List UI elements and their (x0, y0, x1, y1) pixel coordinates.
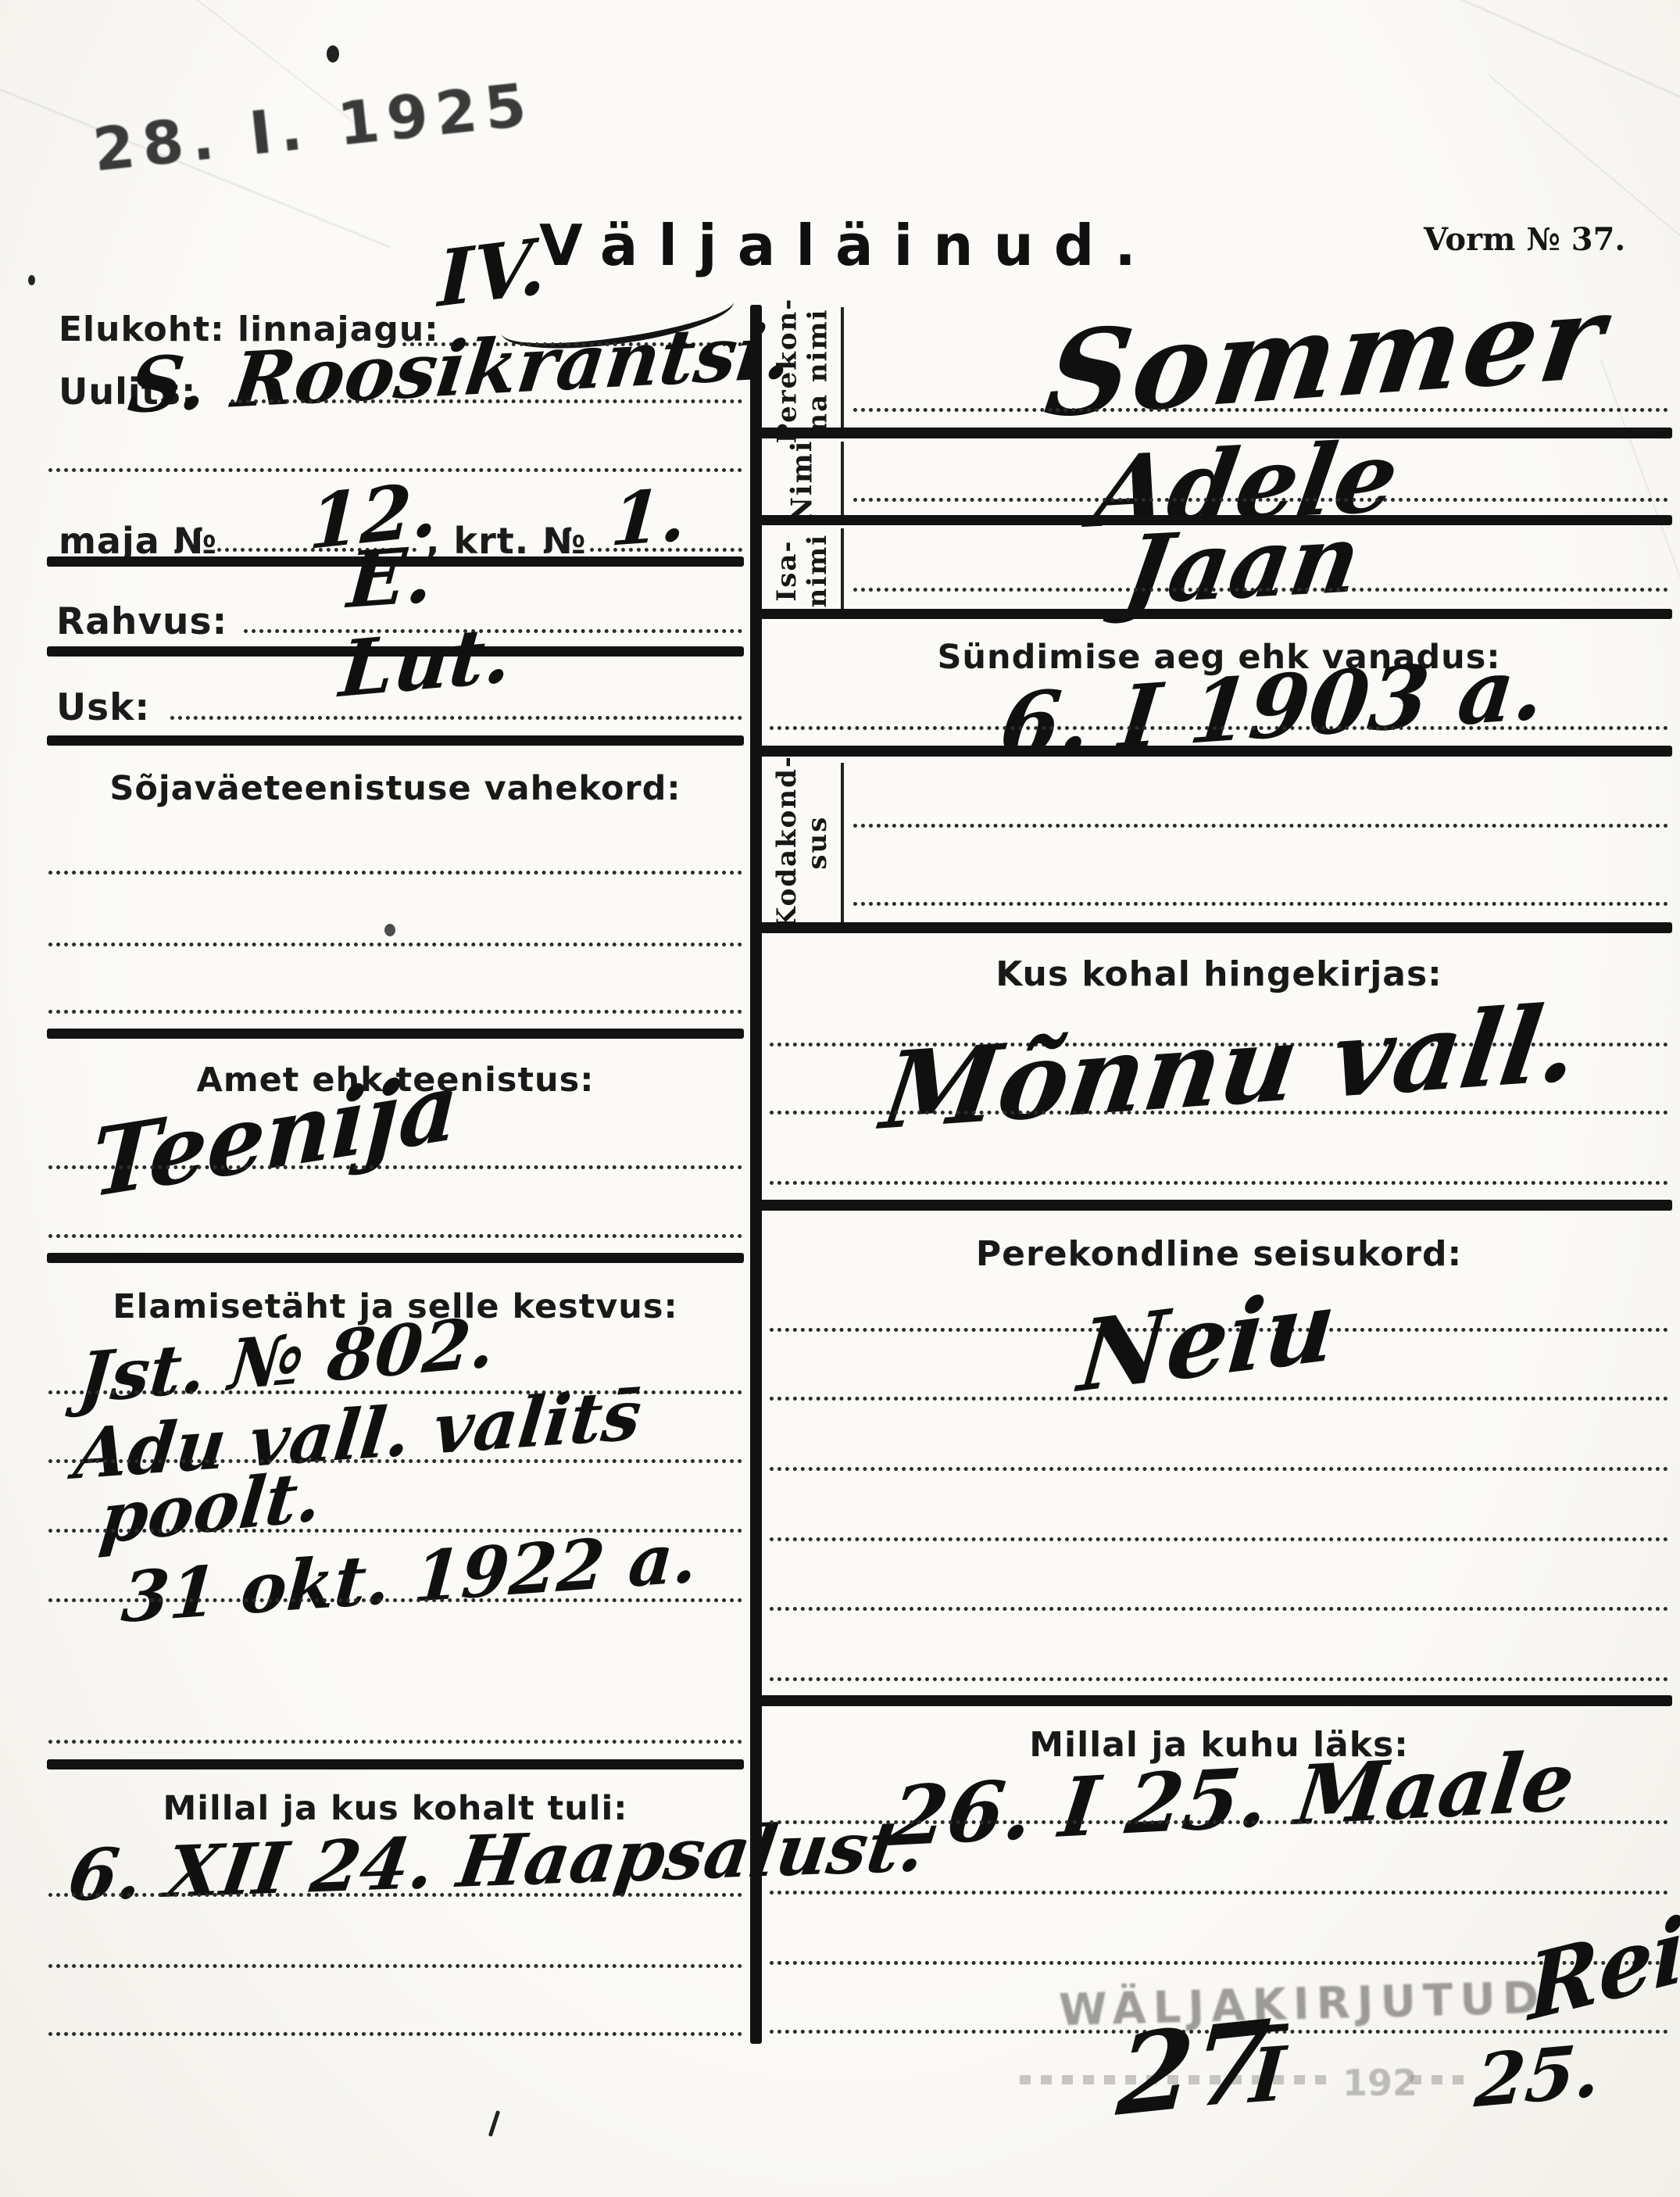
rule-line (47, 1253, 744, 1263)
dotted-line (770, 1820, 1668, 1824)
father-name-value: Jaan (1117, 503, 1368, 626)
received-date-stamp: 28. I. 1925 (90, 70, 537, 185)
father-name-label: Isa- nimi (764, 528, 841, 613)
dotted-line (853, 902, 1668, 906)
dotted-line (48, 1893, 742, 1897)
scan-speck (488, 2110, 500, 2137)
dotted-line (590, 548, 742, 552)
dotted-line (48, 1165, 742, 1169)
column-divider (750, 305, 762, 2044)
surname-label-line2: na nimi (802, 298, 833, 444)
father-label-line1: Isa- (772, 534, 802, 608)
residence-district-value: IV. (438, 221, 547, 325)
dotted-line (48, 871, 742, 875)
crease-line (1600, 360, 1680, 581)
scan-speck (28, 275, 35, 285)
dotted-line (48, 1740, 742, 1744)
dotted-line (770, 1891, 1668, 1895)
dotted-line (770, 1467, 1668, 1471)
dotted-line (48, 943, 742, 946)
form-number: Vorm № 37. (1424, 221, 1625, 258)
dotted-line (853, 588, 1668, 592)
rule-line (47, 1759, 744, 1769)
citizenship-label: Kodakond- sus (764, 761, 841, 924)
rule-line (750, 609, 1672, 619)
rule-line (750, 922, 1672, 933)
dotted-line (853, 498, 1668, 502)
dotted-line (170, 716, 742, 720)
rule-line (750, 746, 1672, 757)
citizenship-label-line2: sus (802, 755, 833, 930)
title: Väljaläinud. (539, 213, 1156, 278)
nationality-label: Rahvus: (56, 600, 227, 643)
dotted-line (853, 408, 1668, 412)
apartment-number-label: , krt. № (426, 520, 587, 562)
dotted-line (48, 2032, 742, 2036)
scan-speck (327, 45, 339, 63)
dotted-line (770, 1607, 1668, 1611)
label-divider-rule (841, 528, 844, 610)
label-divider-rule (841, 442, 844, 518)
firstname-label-line: Nimi (786, 440, 818, 523)
dotted-line (853, 824, 1668, 828)
rule-line (47, 1029, 744, 1039)
dotted-line (770, 726, 1668, 730)
house-number-label: maja № (59, 520, 217, 562)
surname-value: Sommer (1038, 267, 1614, 444)
military-service-header: Sõjaväeteenistuse vahekord: (47, 769, 744, 808)
citizenship-label-line1: Kodakond- (772, 755, 802, 930)
registration-card-page: 28. I. 1925 Väljaläinud. Vorm № 37. Eluk… (0, 0, 1680, 2197)
dotted-line (48, 1010, 742, 1014)
written-out-month: I (1247, 2031, 1288, 2120)
marital-status-header: Perekondline seisukord: (770, 1234, 1668, 1274)
nationality-value: E. (345, 530, 436, 626)
marital-status-value: Neiu (1074, 1268, 1340, 1415)
religion-label: Usk: (56, 686, 150, 729)
rule-line (47, 735, 744, 746)
label-divider-rule (841, 307, 844, 432)
dotted-line (48, 1234, 742, 1238)
label-divider-rule (841, 763, 844, 922)
dotted-line (770, 1537, 1668, 1541)
religion-value: Lut. (336, 610, 515, 715)
dotted-line (770, 1397, 1668, 1401)
dotted-line (48, 1598, 742, 1602)
dotted-line (770, 1677, 1668, 1681)
rule-line (750, 1695, 1672, 1706)
firstname-label: Nimi (764, 442, 841, 521)
father-label-line2: nimi (802, 534, 833, 608)
dotted-line (770, 1111, 1668, 1115)
rule-line (750, 1200, 1672, 1211)
official-signature: Reit (1528, 1887, 1680, 2042)
dotted-line (48, 1964, 742, 1968)
registry-value: Mõnnu vall. (875, 980, 1586, 1154)
faded-stamp-year-fragment: 192 (1342, 2062, 1417, 2104)
dotted-line (770, 1181, 1668, 1185)
faded-stamp-strip (1410, 2075, 1465, 2084)
dotted-line (231, 399, 742, 403)
written-out-year: 25. (1472, 2027, 1604, 2124)
dotted-line (48, 1459, 742, 1463)
surname-label: Perekon- na nimi (764, 307, 841, 434)
surname-label-line1: Perekon- (772, 298, 802, 444)
scan-speck (384, 924, 395, 936)
